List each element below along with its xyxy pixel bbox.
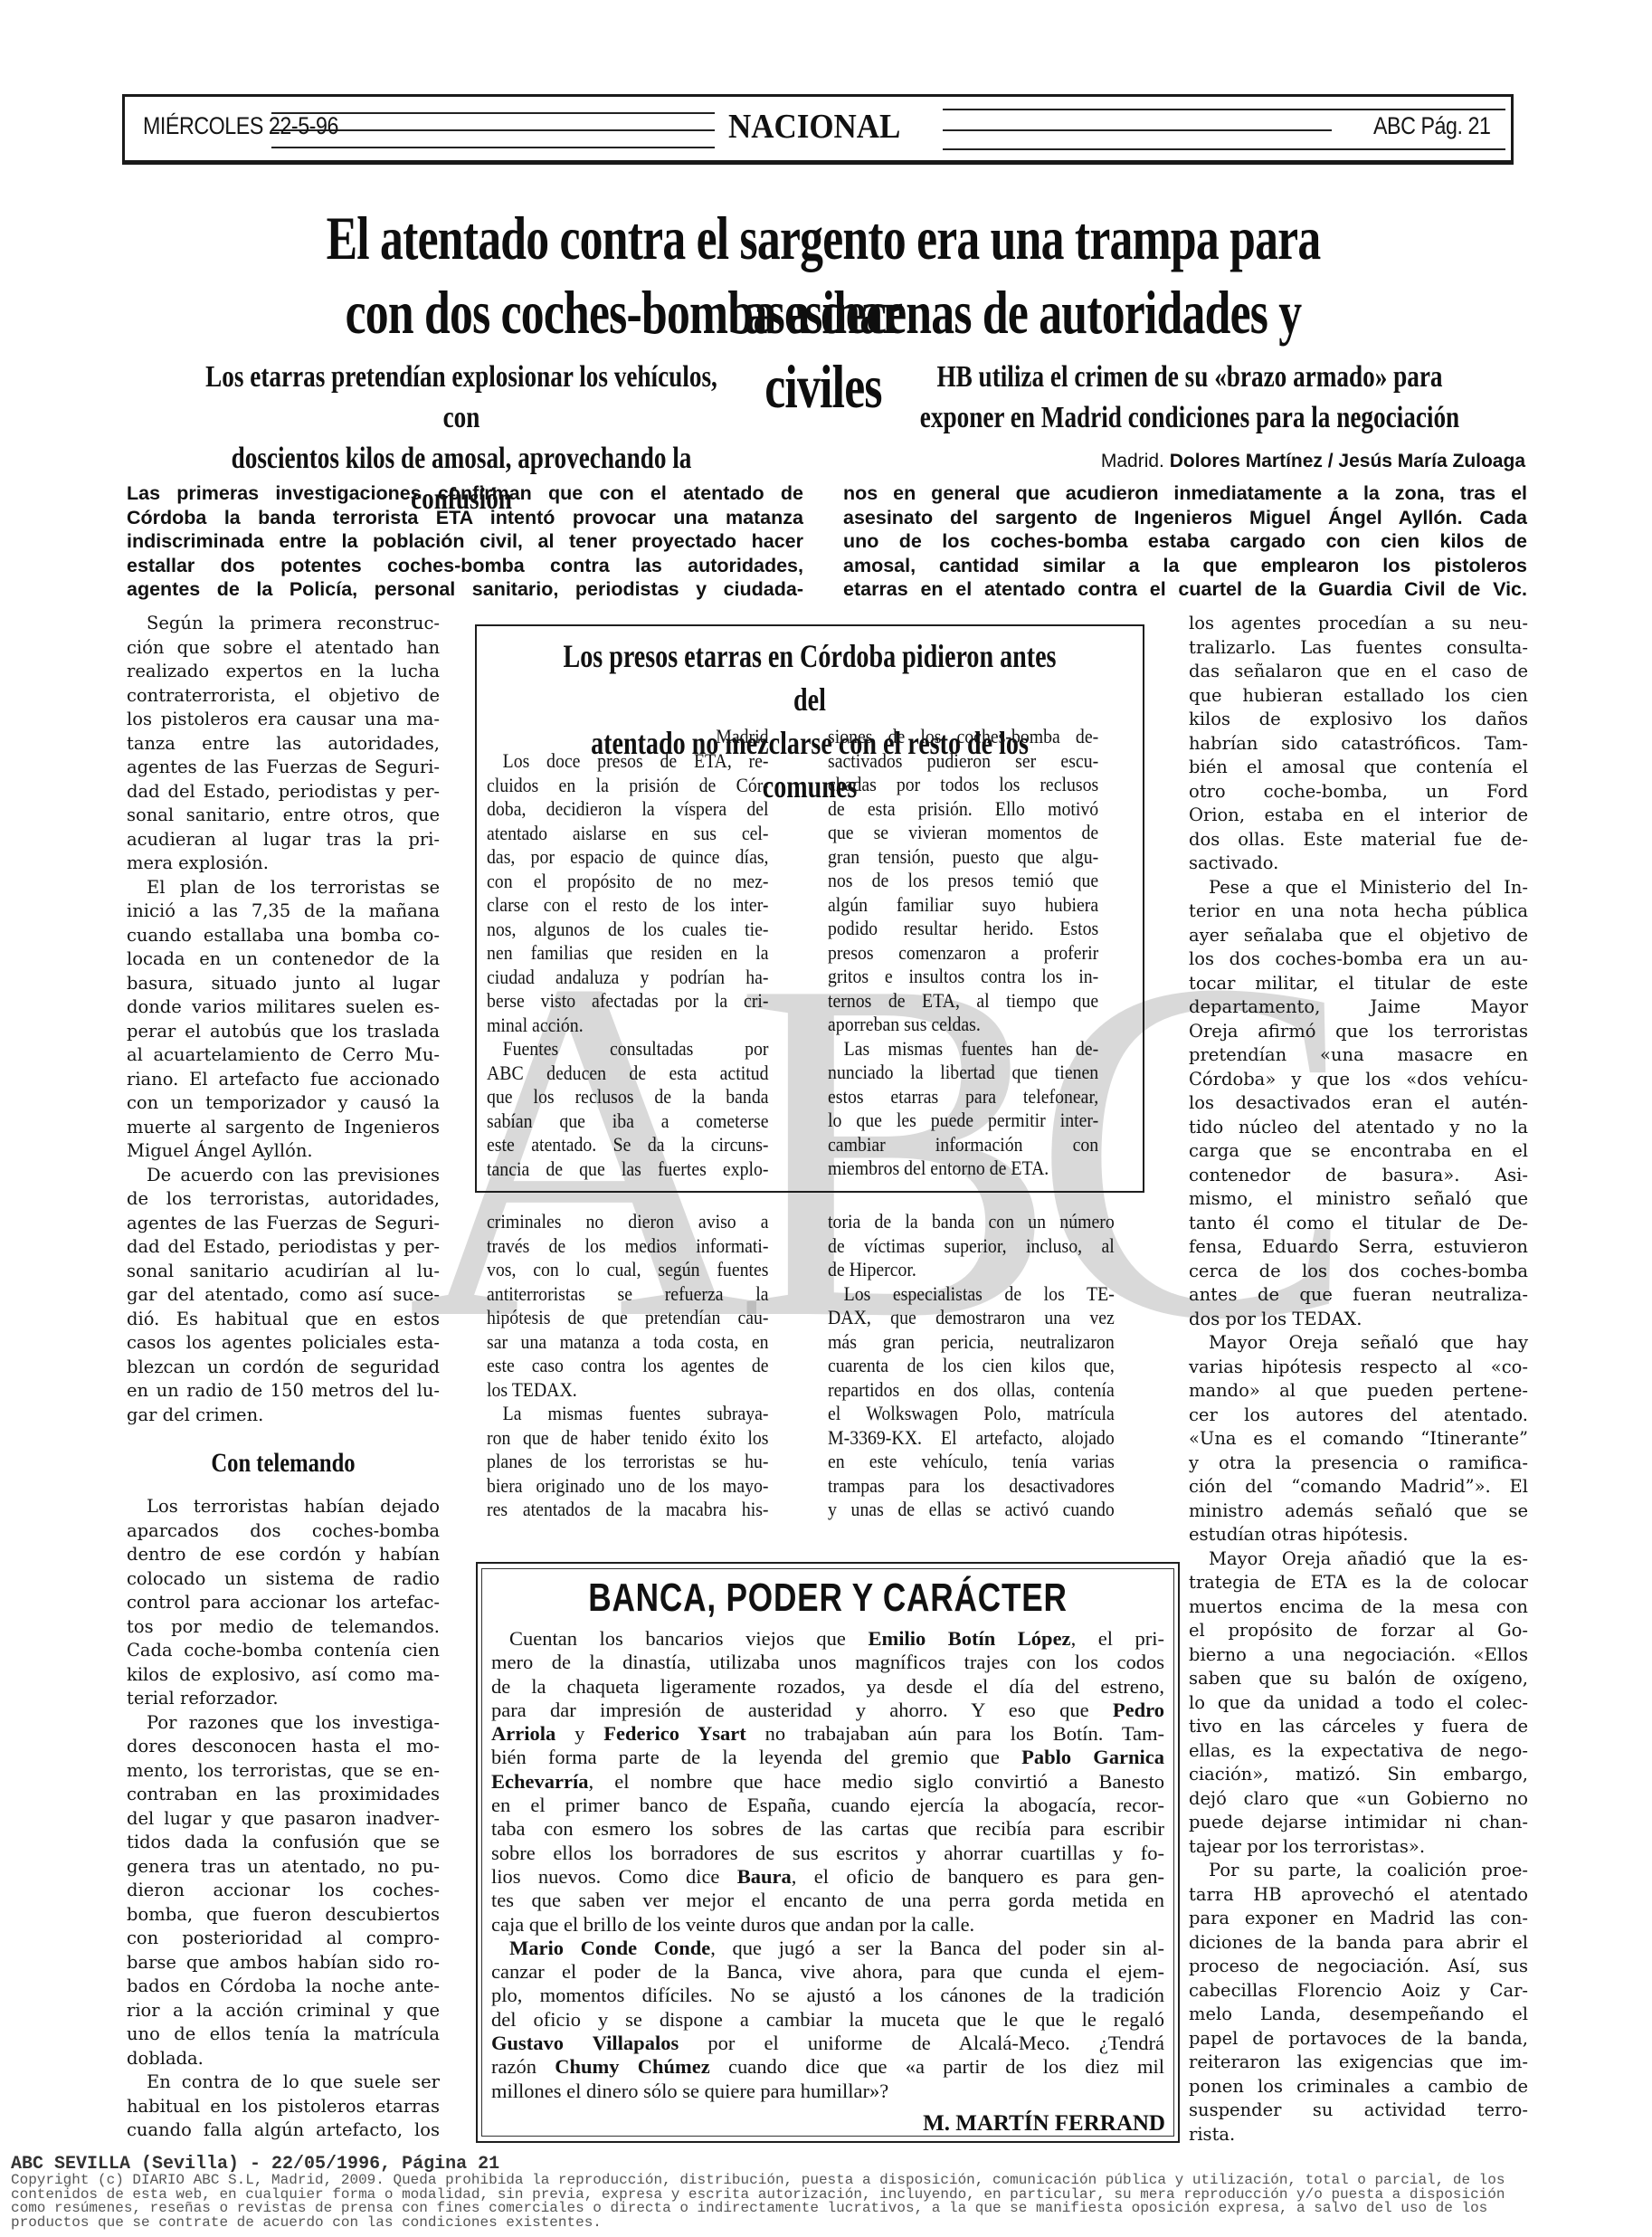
opinion-box-title: BANCA, PODER Y CARÁCTER	[551, 1573, 1106, 1623]
text-line: ciación», matizó. Sin embargo,	[1189, 1763, 1528, 1787]
text-line: con el propósito de no mez-	[487, 870, 769, 894]
text-line: departamento, Jaime Mayor	[1189, 995, 1528, 1020]
lead-line: etarras en el atentado contra el cuartel…	[843, 577, 1527, 602]
text-line: dos por los TEDAX.	[1189, 1308, 1528, 1332]
text-line: ron que de haber tenido éxito los	[487, 1426, 769, 1451]
text-line: Por su parte, la coalición proe-	[1189, 1859, 1528, 1883]
text-line: terior en una nota hecha pública	[1189, 900, 1528, 924]
lead-line: Córdoba la banda terrorista ETA intentó …	[127, 506, 803, 530]
text-line: mento, los terroristas, que se en-	[127, 1759, 440, 1784]
text-line: reiteraron las exigencias que im-	[1189, 2051, 1528, 2075]
text-line: tido núcleo del atentado y no la	[1189, 1116, 1528, 1140]
text-line: Según la primera reconstruc-	[127, 612, 440, 636]
text-line: aporreban sus celdas.	[828, 1013, 1098, 1037]
header-date: MIÉRCOLES 22-5-96	[143, 112, 338, 140]
text-line: biera originado uno de los mayo-	[487, 1474, 769, 1499]
text-line: gritos e insultos contra los in-	[828, 965, 1098, 989]
text-line: tidos dada la confusión que se	[127, 1831, 440, 1855]
opinion-line: plo, momentos difíciles. No se ajustó a …	[491, 1984, 1164, 2007]
text-line: donde varios militares suelen es-	[127, 995, 440, 1020]
text-line: De acuerdo con las previsiones	[127, 1164, 440, 1188]
lead-line: amosal, cantidad similar a la que emplea…	[843, 554, 1527, 578]
text-line: Los especialistas de los TE-	[828, 1282, 1115, 1307]
text-line: gran tensión, puesto que algu-	[828, 845, 1098, 870]
opinion-line: Echevarría, el nombre que hace medio sig…	[491, 1770, 1164, 1794]
article-continuation-col1: criminales no dieron aviso através de lo…	[487, 1210, 769, 1522]
text-line: gar del atentado, como así suce-	[127, 1283, 440, 1308]
text-line: dejó claro que «un Gobierno no	[1189, 1787, 1528, 1812]
text-line: Cada coche-bomba contenía cien	[127, 1639, 440, 1663]
text-line: varias hipótesis respecto al «co-	[1189, 1356, 1528, 1380]
text-line: melo Landa, desempeñando el	[1189, 2003, 1528, 2027]
text-line: ABC deducen de esta actitud	[487, 1061, 769, 1086]
boxed-article-col2: siones de los coches-bomba de-sactivados…	[828, 725, 1098, 1181]
text-line: otro coche-bomba, un Ford	[1189, 780, 1528, 804]
text-line: nunciado la libertad que tienen	[828, 1061, 1098, 1085]
text-line: diciones de la banda para abrir el	[1189, 1931, 1528, 1956]
text-line: nos, algunos de los cuales tie-	[487, 918, 769, 942]
opinion-box-text: Cuentan los bancarios viejos que Emilio …	[491, 1627, 1164, 2103]
text-line: al acuartelamiento de Cerro Mu-	[127, 1043, 440, 1068]
text-line: criminales no dieron aviso a	[487, 1210, 769, 1234]
opinion-line: caja que el brillo de los veinte duros q…	[491, 1913, 1164, 1937]
text-line: Orion, estaba en el interior de	[1189, 804, 1528, 828]
text-line: los pistoleros era causar una ma-	[127, 708, 440, 732]
byline-authors: Dolores Martínez / Jesús María Zuloaga	[1170, 451, 1525, 471]
opinion-line: millones el dinero sólo se quiere para h…	[491, 2080, 1164, 2103]
text-line: cer los autores del atentado.	[1189, 1404, 1528, 1428]
text-line: ellas, es la expectativa de nego-	[1189, 1739, 1528, 1764]
person-name: Pedro	[1113, 1699, 1164, 1721]
text-line: pretendían «una masacre en	[1189, 1043, 1528, 1068]
text-line: trampas para los desactivadores	[828, 1474, 1115, 1499]
text-line: chadas por todos los reclusos	[828, 773, 1098, 797]
text-line: este caso contra los agentes de	[487, 1354, 769, 1378]
text-line: sactivado.	[1189, 852, 1528, 876]
lead-line: indiscriminada entre la población civil,…	[127, 529, 803, 554]
text-line: genera tras un atentado, no pu-	[127, 1855, 440, 1880]
text-line: el propósito de forzar al Go-	[1189, 1619, 1528, 1643]
text-line: atentado aislarse en sus cel-	[487, 822, 769, 846]
text-line: estudían otras hipótesis.	[1189, 1523, 1528, 1547]
text-line: presos comenzaron a proferir	[828, 941, 1098, 966]
text-line: de esta prisión. Ello motivó	[828, 797, 1098, 822]
text-line: de los terroristas, autoridades,	[127, 1187, 440, 1212]
text-line: contraterrorista, el objetivo de	[127, 684, 440, 709]
text-line: tralizarlo. Las fuentes consulta-	[1189, 636, 1528, 661]
text-line: La mismas fuentes subraya-	[487, 1402, 769, 1426]
subhead-left-line: Los etarras pretendían explosionar los v…	[186, 357, 736, 438]
text-line: tarra HB aprovechó el atentado	[1189, 1883, 1528, 1908]
text-line: casos los agentes policiales esta-	[127, 1331, 440, 1356]
text-line: planes de los terroristas se hu-	[487, 1450, 769, 1474]
text-line: bados en Córdoba la noche ante-	[127, 1975, 440, 1999]
text-line: bomba, que fueron descubiertos	[127, 1903, 440, 1928]
text-line: sar una matanza a toda costa, en	[487, 1330, 769, 1355]
text-line: de víctimas superior, incluso, al	[828, 1234, 1115, 1259]
text-line: carga que se encontraba en el	[1189, 1139, 1528, 1164]
text-line: res atentados de la macabra his-	[487, 1498, 769, 1522]
lead-right: nos en general que acudieron inmediatame…	[843, 481, 1527, 602]
text-line: el Wolkswagen Polo, matrícula	[828, 1402, 1115, 1426]
text-line: podido resultar herido. Estos	[828, 917, 1098, 941]
text-line: lo que da unidad a todo el colec-	[1189, 1691, 1528, 1716]
text-line: dió. Es habitual que en estos	[127, 1308, 440, 1332]
text-line: cuando estallaba una bomba co-	[127, 924, 440, 948]
text-line: das señalaron que en el caso de	[1189, 660, 1528, 684]
text-line: Córdoba» y que los «dos vehícu-	[1189, 1068, 1528, 1092]
text-line: Mayor Oreja añadió que la es-	[1189, 1547, 1528, 1572]
text-line: cluidos en la prisión de Cór-	[487, 774, 769, 798]
text-line: ponen los criminales a cambio de	[1189, 2075, 1528, 2099]
text-line: antiterroristas se refuerza la	[487, 1282, 769, 1307]
boxed-article-title-line: Los presos etarras en Córdoba pidieron a…	[548, 634, 1070, 721]
text-line: realizado expertos en la lucha	[127, 660, 440, 684]
text-line: En contra de lo que suele ser	[127, 2070, 440, 2095]
text-line: DAX, que demostraron una vez	[828, 1306, 1115, 1330]
opinion-signature: M. MARTÍN FERRAND	[923, 2111, 1165, 2137]
text-line: M-3369-KX. El artefacto, alojado	[828, 1426, 1115, 1451]
text-line: nos de los presos temió que	[828, 869, 1098, 893]
text-line: habrían sido catastróficos. Tam-	[1189, 732, 1528, 757]
opinion-line: sobre ellos los borradores de sus escrit…	[491, 1842, 1164, 1865]
text-line: gar del crimen.	[127, 1404, 440, 1428]
text-line: tanza entre las autoridades,	[127, 732, 440, 757]
text-line: Los doce presos de ETA, re-	[487, 749, 769, 774]
header-rule	[943, 109, 1505, 110]
person-name: Echevarría	[491, 1770, 588, 1793]
text-line: más gran pericia, neutralizaron	[828, 1330, 1115, 1355]
text-line: sactivados pudieron ser escu-	[828, 749, 1098, 774]
text-line: ción que sobre el atentado han	[127, 636, 440, 661]
text-line: proceso de negociación. Así, sus	[1189, 1955, 1528, 1979]
opinion-line: razón Chumy Chúmez cuando dice que «a pa…	[491, 2055, 1164, 2079]
header-rule	[271, 147, 715, 148]
text-line: Oreja afirmó que los terroristas	[1189, 1020, 1528, 1044]
text-line: fensa, Eduardo Serra, estuvieron	[1189, 1235, 1528, 1260]
text-line: cabecillas Florencio Aoiz y Car-	[1189, 1979, 1528, 2004]
header-rule	[943, 129, 1332, 131]
footer-copyright: Copyright (c) DIARIO ABC S.L, Madrid, 20…	[11, 2174, 1639, 2230]
text-line: clarse con el resto de los inter-	[487, 893, 769, 918]
text-line: muertos encima de la mesa con	[1189, 1595, 1528, 1620]
opinion-line: para dar impresión de austeridad y ahorr…	[491, 1699, 1164, 1722]
text-line: ayer señalaba que el objetivo de	[1189, 924, 1528, 948]
text-line: control para accionar los artefac-	[127, 1591, 440, 1615]
text-line: dad del Estado, periodistas y per-	[127, 780, 440, 804]
text-line: y unas de ellas se activó cuando	[828, 1498, 1115, 1522]
person-name: Mario Conde Conde	[509, 1937, 710, 1959]
text-line: habitual en los pistoleros etarras	[127, 2095, 440, 2119]
text-line: mera explosión.	[127, 852, 440, 876]
text-line: tivo en las cárceles y fuera de	[1189, 1715, 1528, 1739]
text-line: Las mismas fuentes han de-	[828, 1037, 1098, 1061]
text-line: repartidos en dos ollas, contenía	[828, 1378, 1115, 1403]
text-line: papel de portavoces de la banda,	[1189, 2027, 1528, 2051]
column-right: los agentes procedían a su neu-tralizarl…	[1189, 612, 1528, 2147]
text-line: blezcan un cordón de seguridad	[127, 1356, 440, 1380]
text-line: que hubieran estallado los cien	[1189, 684, 1528, 709]
text-line: cuando falla algún artefacto, los	[127, 2118, 440, 2143]
text-line: siones de los coches-bomba de-	[828, 725, 1098, 749]
opinion-line: Cuentan los bancarios viejos que Emilio …	[491, 1627, 1164, 1651]
text-line: sonal sanitario acudirían al lu-	[127, 1260, 440, 1284]
lead-line: nos en general que acudieron inmediatame…	[843, 481, 1527, 506]
text-line: tajear por los terroristas».	[1189, 1835, 1528, 1860]
text-line: agentes de las Fuerzas de Seguri-	[127, 1212, 440, 1236]
opinion-line: lios nuevos. Como dice Baura, el oficio …	[491, 1865, 1164, 1889]
text-line: barse que ambos habían sido ro-	[127, 1951, 440, 1975]
person-name: Pablo Garnica	[1021, 1746, 1164, 1768]
text-line: terial reforzador.	[127, 1687, 440, 1711]
subsection-title: Con telemando	[155, 1448, 412, 1479]
text-line: El plan de los terroristas se	[127, 876, 440, 900]
text-line: puede dejarse intimidar ni chan-	[1189, 1811, 1528, 1835]
subhead-right-line: HB utiliza el crimen de su «brazo armado…	[915, 357, 1465, 397]
text-line: en un radio de 150 metros del lu-	[127, 1379, 440, 1404]
text-line: Por razones que los investiga-	[127, 1711, 440, 1736]
dateline-text: Madrid	[716, 725, 768, 747]
boxed-article-col1: Los doce presos de ETA, re-cluidos en la…	[487, 749, 769, 1181]
text-line: y otra la presencia o ramifica-	[1189, 1452, 1528, 1476]
text-line: suspender su actividad terro-	[1189, 2099, 1528, 2123]
opinion-line: canzar el poder de la Banca, vive ahora,…	[491, 1960, 1164, 1984]
person-name: Gustavo Villapalos	[491, 2032, 679, 2054]
text-line: mando» al que pueden pertene-	[1189, 1379, 1528, 1404]
text-line: tos por medio de telemandos.	[127, 1615, 440, 1640]
text-line: minal acción.	[487, 1014, 769, 1038]
text-line: perar el autobús que los traslada	[127, 1020, 440, 1044]
text-line: sabían que iba a cometerse	[487, 1109, 769, 1134]
header-section: NACIONAL	[728, 107, 900, 147]
text-line: en este vehículo, tenía varias	[828, 1450, 1115, 1474]
text-line: aparcados dos coches-bomba	[127, 1519, 440, 1544]
text-line: nen familias que residen en la	[487, 941, 769, 966]
text-line: dieron accionar los coches-	[127, 1879, 440, 1903]
text-line: muerte al sargento de Ingenieros	[127, 1116, 440, 1140]
opinion-line: Gustavo Villapalos por el uniforme de Al…	[491, 2032, 1164, 2055]
text-line: ción del “comando Madrid”». El	[1189, 1475, 1528, 1499]
text-line: cuarenta de los cien kilos que,	[828, 1354, 1115, 1378]
column-left-a: Según la primera reconstruc-ción que sob…	[127, 612, 440, 1427]
text-line: mismo, el ministro señaló que	[1189, 1187, 1528, 1212]
subhead-right-line: exponer en Madrid condiciones para la ne…	[915, 397, 1465, 438]
person-name: Chumy Chúmez	[555, 2055, 710, 2078]
text-line: agentes de las Fuerzas de Seguri-	[127, 756, 440, 780]
text-line: kilos de explosivo, así como ma-	[127, 1663, 440, 1688]
text-line: con un temporizador y causó la	[127, 1091, 440, 1116]
lead-left: Las primeras investigaciones confirman q…	[127, 481, 803, 602]
opinion-line: bién forma parte de la leyenda del gremi…	[491, 1746, 1164, 1769]
text-line: tanto él como el titular de De-	[1189, 1212, 1528, 1236]
person-name: Arriola	[491, 1722, 555, 1745]
text-line: para exponer en Madrid las con-	[1189, 1907, 1528, 1931]
text-line: rista.	[1189, 2123, 1528, 2147]
text-line: los TEDAX.	[487, 1378, 769, 1403]
text-line: los desactivados eran el autén-	[1189, 1091, 1528, 1116]
boxed-article-dateline: Madrid	[487, 725, 769, 749]
header-rule	[943, 148, 1505, 150]
lead-line: asesinato del sargento de Ingenieros Mig…	[843, 506, 1527, 530]
opinion-line: Mario Conde Conde, que jugó a ser la Ban…	[491, 1937, 1164, 1960]
lead-line: uno de los coches-bomba estaba cargado c…	[843, 529, 1527, 554]
person-name: Baura	[737, 1865, 792, 1888]
text-line: ministro además señaló que se	[1189, 1499, 1528, 1524]
text-line: este atentado. Se da la circuns-	[487, 1133, 769, 1157]
text-line: bién el amosal que contenía el	[1189, 756, 1528, 780]
text-line: antes de que fueran neutraliza-	[1189, 1283, 1528, 1308]
text-line: contenedor de basura». Asi-	[1189, 1164, 1528, 1188]
column-left-b: Los terroristas habían dejadoaparcados d…	[127, 1495, 440, 2143]
opinion-line: Arriola y Federico Ysart no trabajaban a…	[491, 1722, 1164, 1746]
opinion-line: mero de la dinastía, utilizaba unos magn…	[491, 1651, 1164, 1674]
text-line: Mayor Oreja señaló que hay	[1189, 1331, 1528, 1356]
text-line: bierno a una negociación. «Ellos	[1189, 1643, 1528, 1668]
text-line: del lugar y que pasaron inadver-	[127, 1807, 440, 1832]
text-line: los agentes procedían a su neu-	[1189, 612, 1528, 636]
text-line: kilos de explosivo los daños	[1189, 708, 1528, 732]
text-line: través de los medios informati-	[487, 1234, 769, 1259]
opinion-line: del oficio y se dispone a cambiar la muc…	[491, 2008, 1164, 2032]
text-line: toria de la banda con un número	[828, 1210, 1115, 1234]
opinion-line: de la chaqueta ligeramente rozados, ya d…	[491, 1675, 1164, 1699]
text-line: uno de ellos tenía la matrícula	[127, 2023, 440, 2047]
text-line: los dos coches-bomba era un au-	[1189, 947, 1528, 972]
text-line: lo que les puede permitir inter-	[828, 1109, 1098, 1133]
text-line: dad del Estado, periodistas y per-	[127, 1235, 440, 1260]
text-line: inició a las 7,35 de la mañana	[127, 900, 440, 924]
text-line: das, por espacio de quince días,	[487, 845, 769, 870]
text-line: contraban en las proximidades	[127, 1783, 440, 1807]
text-line: doba, decidieron la víspera del	[487, 797, 769, 822]
text-line: doblada.	[127, 2047, 440, 2071]
text-line: de Hipercor.	[828, 1258, 1115, 1282]
text-line: Los terroristas habían dejado	[127, 1495, 440, 1519]
text-line: con posterioridad al compro-	[127, 1927, 440, 1951]
text-line: Fuentes consultadas por	[487, 1037, 769, 1061]
text-line: saben que su balón de oxígeno,	[1189, 1667, 1528, 1691]
text-line: rior a la acción criminal y que	[127, 1999, 440, 2023]
text-line: ternos de ETA, al tiempo que	[828, 989, 1098, 1014]
lead-line: Las primeras investigaciones confirman q…	[127, 481, 803, 506]
text-line: sonal sanitario, entre otros, que	[127, 804, 440, 828]
text-line: cerca de los dos coches-bomba	[1189, 1260, 1528, 1284]
text-line: vos, con lo cual, según fuentes	[487, 1258, 769, 1282]
text-line: locada en un contenedor de la	[127, 947, 440, 972]
text-line: Miguel Ángel Ayllón.	[127, 1139, 440, 1164]
text-line: dores desconocen hasta el mo-	[127, 1735, 440, 1759]
header-page: ABC Pág. 21	[1373, 112, 1491, 140]
text-line: ciudad andaluza y podrían ha-	[487, 966, 769, 990]
text-line: cambiar información con	[828, 1133, 1098, 1157]
person-name: Federico Ysart	[603, 1722, 746, 1745]
text-line: que los reclusos de la banda	[487, 1085, 769, 1109]
byline: Madrid. Dolores Martínez / Jesús María Z…	[1101, 451, 1525, 472]
text-line: tancia de que las fuertes explo-	[487, 1157, 769, 1182]
text-line: «Una es el comando “Itinerante”	[1189, 1427, 1528, 1452]
text-line: estos etarras para telefonear,	[828, 1085, 1098, 1109]
text-line: miembros del entorno de ETA.	[828, 1157, 1098, 1181]
text-line: dentro de ese cordón y habían	[127, 1543, 440, 1567]
text-line: colocado un sistema de radio	[127, 1567, 440, 1592]
person-name: Emilio Botín López	[868, 1627, 1070, 1650]
opinion-line: en el primer banco de España, cuando eje…	[491, 1794, 1164, 1817]
text-line: tocar militar, el titular de este	[1189, 972, 1528, 996]
text-line: basura, situado junto al lugar	[127, 972, 440, 996]
text-line: berse visto afectadas por la cri-	[487, 989, 769, 1014]
byline-place: Madrid.	[1101, 451, 1164, 471]
text-line: que se vivieran momentos de	[828, 821, 1098, 845]
text-line: acudieran al lugar tras la pri-	[127, 828, 440, 852]
text-line: dos ollas. Este material fue de-	[1189, 828, 1528, 852]
opinion-line: taba con esmero los sobres de las cartas…	[491, 1817, 1164, 1841]
opinion-line: tes que saben ver mejor el encanto de un…	[491, 1889, 1164, 1912]
subhead-right: HB utiliza el crimen de su «brazo armado…	[915, 357, 1465, 438]
text-line: Pese a que el Ministerio del In-	[1189, 876, 1528, 900]
lead-line: agentes de la Policía, personal sanitari…	[127, 577, 803, 602]
text-line: algún familiar suyo hubiera	[828, 893, 1098, 918]
text-line: trategia de ETA es la de colocar	[1189, 1571, 1528, 1595]
text-line: hipótesis de que pretendían cau-	[487, 1306, 769, 1330]
article-continuation-col2: toria de la banda con un númerode víctim…	[828, 1210, 1115, 1522]
lead-line: estallar dos potentes coches-bomba contr…	[127, 554, 803, 578]
text-line: riano. El artefacto fue accionado	[127, 1068, 440, 1092]
